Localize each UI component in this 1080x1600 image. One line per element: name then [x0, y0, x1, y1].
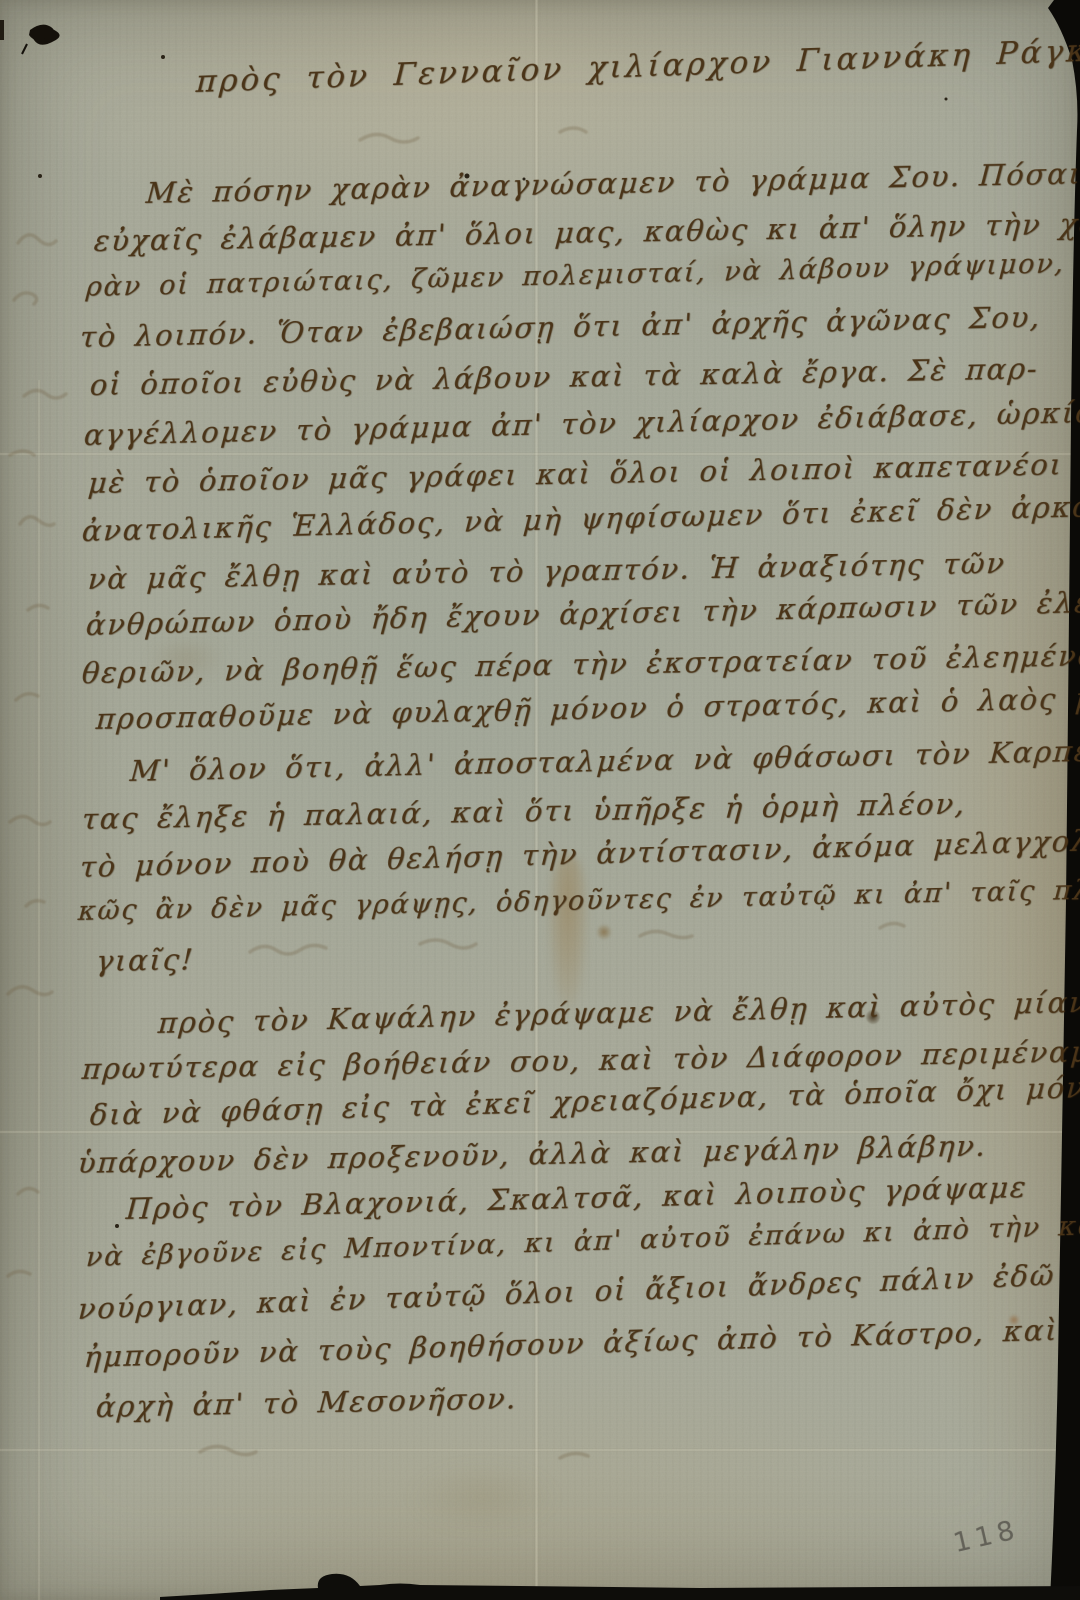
handwriting-line: νὰ μᾶς ἔλθῃ καὶ αὐτὸ τὸ γραπτόν. Ἡ ἀναξι…: [87, 546, 1007, 596]
handwriting-line: πρὸς τὸν Καψάλην ἐγράψαμε νὰ ἔλθῃ καὶ αὐ…: [157, 983, 1080, 1041]
handwriting-line: εὐχαῖς ἐλάβαμεν ἀπ' ὅλοι μας, καθὼς κι ἀ…: [93, 206, 1080, 258]
handwriting-line: Μ' ὅλον ὅτι, ἀλλ' ἀποσταλμένα νὰ φθάσωσι…: [129, 732, 1080, 789]
handwriting-line: Μὲ πόσην χαρὰν ἀναγνώσαμεν τὸ γράμμα Σου…: [145, 156, 1080, 210]
handwriting-line: γιαῖς!: [95, 942, 196, 978]
scanned-letter-page: πρὸς τὸν Γενναῖον χιλίαρχον Γιαννάκη Ράγ…: [0, 0, 1080, 1600]
handwriting-line: ἠμποροῦν νὰ τοὺς βοηθήσουν ἀξίως ἀπὸ τὸ …: [83, 1313, 1059, 1374]
letter-heading: πρὸς τὸν Γενναῖον χιλίαρχον Γιαννάκη Ράγ…: [195, 31, 1080, 100]
ink-blot: [0, 20, 60, 54]
vertical-fold-crease-left: [37, 380, 41, 1600]
ink-drip-stain: [548, 856, 588, 1012]
pencil-page-number: 118: [950, 1514, 1022, 1559]
handwriting-line: τὸ λοιπόν. Ὅταν ἐβεβαιώσῃ ὅτι ἀπ' ἀρχῆς …: [79, 300, 1042, 354]
handwriting-line: αγγέλλομεν τὸ γράμμα ἀπ' τὸν χιλίαρχον ἐ…: [83, 394, 1080, 452]
handwriting-line: θεριῶν, νὰ βοηθῇ ἕως πέρα τὴν ἐκστρατεία…: [81, 638, 1080, 690]
brown-spot-stain: [596, 924, 612, 940]
handwriting-line: προσπαθοῦμε νὰ φυλαχθῇ μόνον ὁ στρατός, …: [95, 680, 1080, 736]
handwriting-line: ἀνατολικῆς Ἑλλάδος, νὰ μὴ ψηφίσωμεν ὅτι …: [81, 488, 1080, 548]
handwriting-line: ὑπάρχουν δὲν προξενοῦν, ἀλλὰ καὶ μεγάλην…: [77, 1129, 988, 1181]
handwriting-line: τας ἔληξε ἡ παλαιά, καὶ ὅτι ὑπῆρξε ἡ ὁρμ…: [81, 787, 967, 836]
torn-edge-bottom: [160, 1574, 1080, 1600]
handwriting-line: ἀρχὴ ἀπ' τὸ Μεσονῆσον.: [95, 1381, 519, 1424]
smudge-stain-2: [408, 1462, 558, 1532]
handwriting-line: οἱ ὁποῖοι εὐθὺς νὰ λάβουν καὶ τὰ καλὰ ἔρ…: [89, 351, 1040, 402]
horizontal-crease-3: [0, 1448, 1080, 1452]
